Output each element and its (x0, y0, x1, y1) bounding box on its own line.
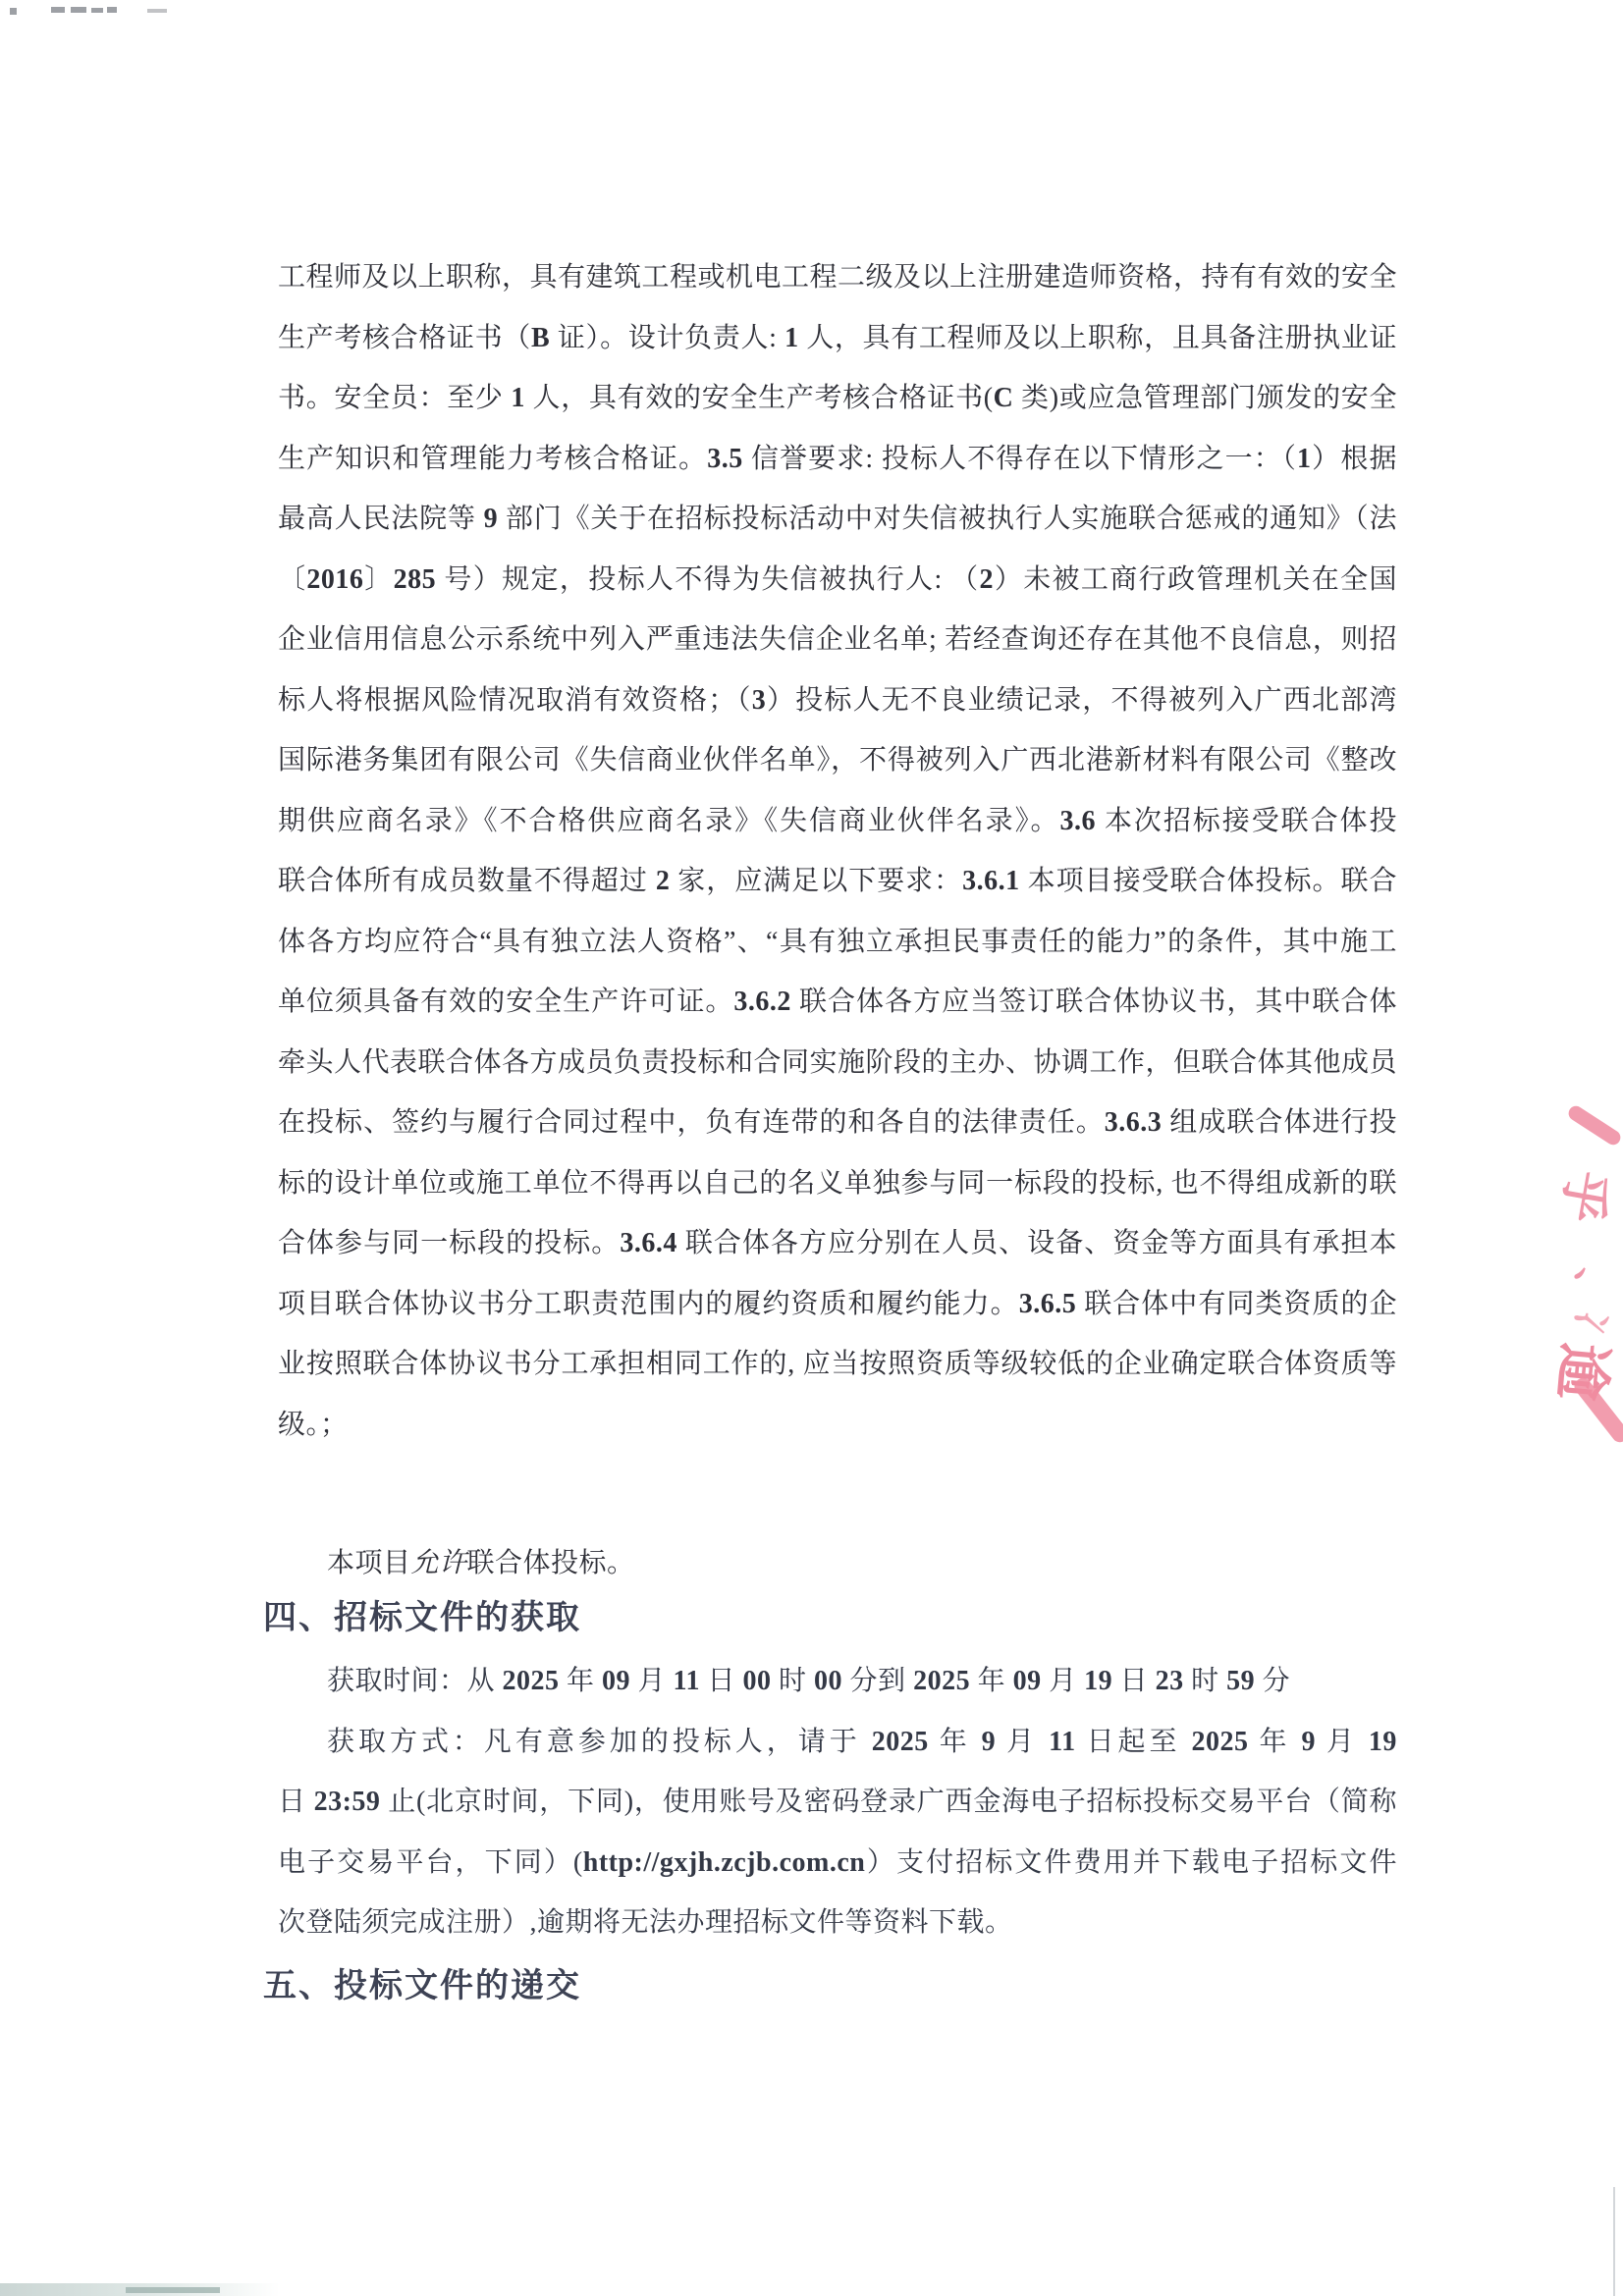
paragraph-line: 期供应商名录》《不合格供应商名录》《失信商业伙伴名录》。3.6 本次招标接受联合… (278, 791, 1397, 852)
scan-mark (107, 7, 117, 13)
scan-smudge-bottom-left (126, 2287, 220, 2293)
note-text-run: 本项目 (327, 1548, 411, 1578)
note-text-run: 联合体投标。 (467, 1548, 635, 1578)
section-heading-obtain-bid-documents: 四、招标文件的获取 (263, 1596, 1147, 1639)
red-seal-glyph: 逾 (1544, 1340, 1623, 1404)
paragraph-line: 合体参与同一标段的投标。3.6.4 联合体各方应分别在人员、设备、资金等方面具有… (278, 1213, 1397, 1274)
paragraph-line: 项目联合体协议书分工职责范围内的履约资质和履约能力。3.6.5 联合体中有同类资… (278, 1274, 1397, 1335)
section-4-line: 电子交易平台，下同）(http://gxjh.zcjb.com.cn）支付招标文… (278, 1833, 1397, 1894)
paragraph-line: 联合体所有成员数量不得超过 2 家，应满足以下要求：3.6.1 本项目接受联合体… (278, 851, 1397, 912)
paragraph-line: 最高人民法院等 9 部门《关于在招标投标活动中对失信被执行人实施联合惩戒的通知》… (278, 489, 1397, 550)
red-seal-glyph: 冫 (1563, 1308, 1622, 1352)
red-seal-glyph: 、 (1567, 1267, 1623, 1307)
scan-mark (91, 8, 103, 13)
scan-mark (51, 7, 65, 13)
section-4-line: 日 23:59 止(北京时间，下同)，使用账号及密码登录广西金海电子招标投标交易… (278, 1772, 1397, 1833)
joint-venture-note-line: 本项目允许联合体投标。 (327, 1533, 1397, 1594)
paragraph-line: 单位须具备有效的安全生产许可证。3.6.2 联合体各方应当签订联合体协议书，其中… (278, 972, 1397, 1033)
paragraph-line: 书。安全员：至少 1 人，具有效的安全生产考核合格证书(C 类)或应急管理部门颁… (278, 368, 1397, 429)
paragraph-line: 在投标、签约与履行合同过程中，负有连带的和各自的法律责任。3.6.3 组成联合体… (278, 1093, 1397, 1153)
red-seal-stroke (1571, 1375, 1623, 1446)
section-4-line: 获取方式：凡有意参加的投标人，请于 2025 年 9 月 11 日起至 2025… (278, 1712, 1397, 1773)
scan-mark (10, 8, 17, 15)
paragraph-line: 牵头人代表联合体各方成员负责投标和合同实施阶段的主办、协调工作，但联合体其他成员 (278, 1033, 1397, 1094)
paragraph-line: 〔2016〕285 号）规定，投标人不得为失信被执行人: （2）未被工商行政管理… (278, 550, 1397, 611)
paragraph-line: 国际港务集团有限公司《失信商业伙伴名单》，不得被列入广西北港新材料有限公司《整改 (278, 730, 1397, 791)
paragraph-line: 体各方均应符合“具有独立法人资格”、“具有独立承担民事责任的能力”的条件，其中施… (278, 912, 1397, 973)
scanned-tender-document-page: 工程师及以上职称，具有建筑工程或机电工程二级及以上注册建造师资格，持有有效的安全… (0, 0, 1623, 2296)
paragraph-line: 生产知识和管理能力考核合格证。3.5 信誉要求: 投标人不得存在以下情形之一：（… (278, 429, 1397, 490)
section-4-line: 获取时间：从 2025 年 09 月 11 日 00 时 00 分到 2025 … (278, 1651, 1397, 1712)
red-seal-stroke (1566, 1103, 1623, 1148)
scan-mark (147, 9, 167, 13)
red-seal-glyph: 乎 (1548, 1165, 1623, 1228)
paragraph-line: 业按照联合体协议书分工承担相同工作的, 应当按照资质等级较低的企业确定联合体资质… (278, 1334, 1397, 1395)
scan-edge-line (1613, 2187, 1615, 2296)
paragraph-line: 工程师及以上职称，具有建筑工程或机电工程二级及以上注册建造师资格，持有有效的安全 (278, 247, 1397, 308)
section-heading-submit-bid-documents: 五、投标文件的递交 (263, 1964, 1147, 2007)
note-text-run: 允许 (411, 1548, 467, 1578)
scan-mark (71, 7, 86, 13)
section-4-body: 获取时间：从 2025 年 09 月 11 日 00 时 00 分到 2025 … (278, 1651, 1397, 1953)
paragraph-line: 生产考核合格证书（B 证）。设计负责人: 1 人，具有工程师及以上职称，且具备注… (278, 308, 1397, 369)
section-4-line: 次登陆须完成注册）,逾期将无法办理招标文件等资料下载。 (278, 1893, 1397, 1953)
body-paragraph-clauses: 工程师及以上职称，具有建筑工程或机电工程二级及以上注册建造师资格，持有有效的安全… (278, 247, 1397, 1455)
paragraph-line: 标的设计单位或施工单位不得再以自己的名义单独参与同一标段的投标, 也不得组成新的… (278, 1153, 1397, 1214)
paragraph-line: 企业信用信息公示系统中列入严重违法失信企业名单; 若经查询还存在其他不良信息，则… (278, 610, 1397, 670)
paragraph-line: 级。； (278, 1395, 1397, 1456)
paragraph-line: 标人将根据风险情况取消有效资格；（3）投标人无不良业绩记录，不得被列入广西北部湾 (278, 670, 1397, 731)
